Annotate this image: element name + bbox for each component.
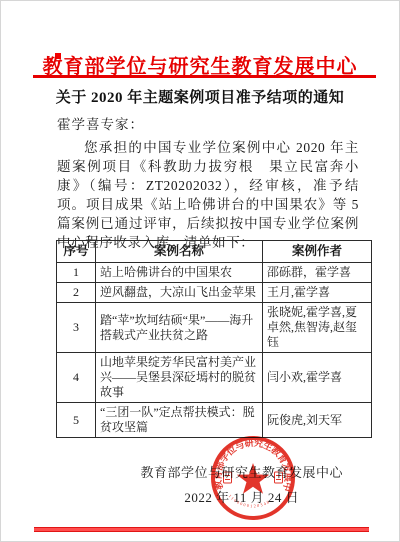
cell-title: 踏“苹”坎坷结硕“果”——海升搭载式产业扶贫之路 bbox=[96, 303, 263, 353]
svg-text:1100000120348: 1100000120348 bbox=[228, 493, 271, 508]
cell-no: 4 bbox=[57, 353, 96, 403]
cell-no: 2 bbox=[57, 283, 96, 303]
notice-document: 教育部学位与研究生教育发展中心 关于 2020 年主题案例项目准予结项的通知 霍… bbox=[0, 0, 400, 542]
table-row: 1 站上哈佛讲台的中国果农 邵砾群，霍学喜 bbox=[57, 263, 372, 283]
header-cell-authors: 案例作者 bbox=[263, 241, 372, 263]
salutation-text: 霍学喜专家： bbox=[57, 113, 144, 133]
cell-no: 1 bbox=[57, 263, 96, 283]
cell-authors: 邵砾群，霍学喜 bbox=[263, 263, 372, 283]
official-seal-stamp: 教育部学位与研究生教育发展中心 1100000120348 bbox=[210, 435, 296, 521]
seal-side-mark-left bbox=[224, 472, 232, 483]
cell-title: 站上哈佛讲台的中国果农 bbox=[96, 263, 263, 283]
header-divider-line bbox=[33, 75, 376, 78]
cell-authors: 闫小欢,霍学喜 bbox=[263, 353, 372, 403]
table-header-row: 序号 案例名称 案例作者 bbox=[57, 241, 372, 263]
footer-divider-line bbox=[34, 527, 369, 532]
table-row: 5 “三团一队”定点帮扶模式：脱贫攻坚篇 阮俊虎,刘天军 bbox=[57, 403, 372, 438]
seal-star-icon bbox=[237, 463, 269, 494]
header-cell-title: 案例名称 bbox=[96, 241, 263, 263]
table-row: 2 逆风翻盘，大凉山飞出金苹果 王月,霍学喜 bbox=[57, 283, 372, 303]
cell-authors: 张晓妮,霍学喜,夏卓然,焦智涛,赵玺钰 bbox=[263, 303, 372, 353]
cell-title: “三团一队”定点帮扶模式：脱贫攻坚篇 bbox=[96, 403, 263, 438]
cell-title: 逆风翻盘，大凉山飞出金苹果 bbox=[96, 283, 263, 303]
header-cell-no: 序号 bbox=[57, 241, 96, 263]
case-list-table: 序号 案例名称 案例作者 1 站上哈佛讲台的中国果农 邵砾群，霍学喜 2 逆风翻… bbox=[56, 240, 372, 438]
cell-authors: 王月,霍学喜 bbox=[263, 283, 372, 303]
cell-title: 山地苹果绽芳华民富村美产业兴——吴堡县深砭墕村的脱贫故事 bbox=[96, 353, 263, 403]
table-row: 4 山地苹果绽芳华民富村美产业兴——吴堡县深砭墕村的脱贫故事 闫小欢,霍学喜 bbox=[57, 353, 372, 403]
document-title: 关于 2020 年主题案例项目准予结项的通知 bbox=[1, 86, 399, 107]
cell-no: 5 bbox=[57, 403, 96, 438]
seal-serial-number: 1100000120348 bbox=[228, 493, 271, 508]
table-row: 3 踏“苹”坎坷结硕“果”——海升搭载式产业扶贫之路 张晓妮,霍学喜,夏卓然,焦… bbox=[57, 303, 372, 353]
seal-side-mark-right bbox=[275, 472, 283, 483]
body-paragraph: 您承担的中国专业学位案例中心 2020 年主题案例项目《科教助力拔穷根 果立民富… bbox=[57, 138, 359, 252]
cell-authors: 阮俊虎,刘天军 bbox=[263, 403, 372, 438]
cell-no: 3 bbox=[57, 303, 96, 353]
